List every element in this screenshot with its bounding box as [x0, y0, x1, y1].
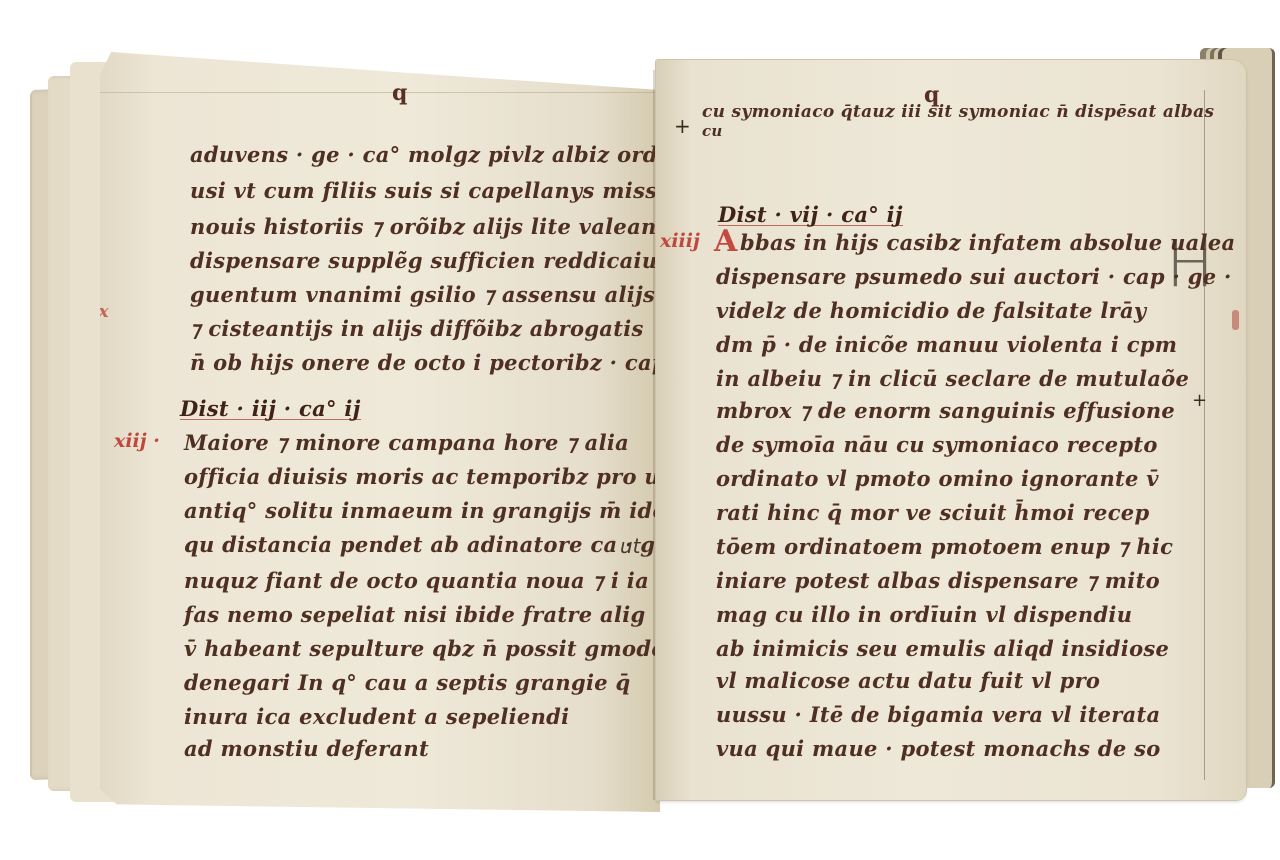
text-line: uussu · Itē de bigamia vera vl iterata	[716, 704, 1160, 725]
text-line: antiq° solitu inmaeum in grangijs m̄ ido…	[184, 500, 689, 521]
text-line: fas nemo sepeliat nisi ibide fratre alig	[184, 604, 645, 625]
text-line: dispensare psumedo sui auctori · cap · g…	[716, 266, 1232, 287]
text-line: dispensare supplẽg sufficien reddicaiu ⁊	[190, 250, 676, 271]
text-line: ab inimicis seu emulis aliqd insidiose	[716, 638, 1169, 659]
text-line: usi vt cum filiis suis si capellanys mis…	[190, 180, 678, 201]
text-line: rati hinc q̄ mor ve sciuit h̄moi recep	[716, 502, 1149, 523]
rubric-number: xiiij	[660, 230, 700, 252]
text-line: vl malicose actu datu fuit vl pro	[716, 670, 1100, 691]
text-line: inura ica excludent a sepeliendi	[184, 706, 569, 727]
signature-mark: q	[392, 80, 407, 106]
text-line: nouis historiis ⁊ orõibz alijs lite vale…	[190, 216, 667, 237]
text-line: qu distancia pendet ab adinatore ca · ge…	[184, 534, 684, 555]
section-heading: Dist · vij · ca° ij	[718, 204, 903, 226]
top-note: cu	[702, 124, 723, 139]
top-note: cu symoniaco q̄tauz iii sit symoniac n̄ …	[702, 104, 1214, 121]
text-line: ⁊ cisteantijs in alijs diffõibz abrogati…	[190, 318, 644, 339]
text-line: videlz de homicidio de falsitate lrāy	[716, 300, 1146, 321]
text-line: ordinato vl pmoto omino ignorante v̄	[716, 468, 1159, 489]
text-line: nuquz fiant de octo quantia noua ⁊ i ia	[184, 570, 649, 591]
text-line: mbrox ⁊ de enorm sanguinis effusione	[716, 400, 1175, 421]
rubric-number: xiij ·	[114, 430, 160, 452]
text-line: guentum vnanimi gsilio ⁊ assensu alijs	[190, 284, 655, 305]
text-line: tōem ordinatoem pmotoem enup ⁊ hic	[716, 536, 1173, 557]
text-line: bbas in hijs casibz infatem absolue uale…	[740, 232, 1235, 253]
text-line: denegari In q° cau a septis grangie q̄	[184, 672, 631, 693]
text-line: n̄ ob hijs onere de octo i pectoribz · c…	[190, 352, 729, 373]
text-line: de symoīa nāu cu symoniaco recepto	[716, 434, 1158, 455]
text-line: dm p̄ · de inicõe manuu violenta i cpm	[716, 334, 1177, 355]
margin-catchword: ut	[620, 534, 641, 558]
text-line: Maiore ⁊ minore campana hore ⁊ alia	[184, 432, 629, 453]
text-line: v̄ habeant sepulture qbz n̄ possit gmode	[184, 638, 665, 659]
section-heading: Dist · iij · ca° ij	[180, 398, 361, 420]
text-line: vua qui maue · potest monachs de so	[716, 738, 1161, 759]
right-page: q + cu symoniaco q̄tauz iii sit symoniac…	[656, 60, 1246, 800]
text-line: in albeiu ⁊ in clicū seclare de mutulaõe	[716, 368, 1189, 389]
red-margin-tick	[1232, 310, 1239, 330]
page-fold-line	[100, 72, 660, 93]
manuscript-photo: q ix aduvens · ge · ca° molgz pivlz albi…	[0, 0, 1280, 860]
ruling-line	[1204, 90, 1205, 780]
text-line: aduvens · ge · ca° molgz pivlz albiz ord…	[190, 144, 722, 165]
text-line: mag cu illo in ordīuin vl dispendiu	[716, 604, 1132, 625]
text-line: iniare potest albas dispensare ⁊ mito	[716, 570, 1160, 591]
left-page: q ix aduvens · ge · ca° molgz pivlz albi…	[100, 52, 660, 812]
cross-mark: +	[674, 114, 691, 138]
text-line: ad monstiu deferant	[184, 738, 429, 759]
red-initial: A	[714, 224, 737, 259]
margin-cross-mark: +	[1192, 390, 1207, 411]
